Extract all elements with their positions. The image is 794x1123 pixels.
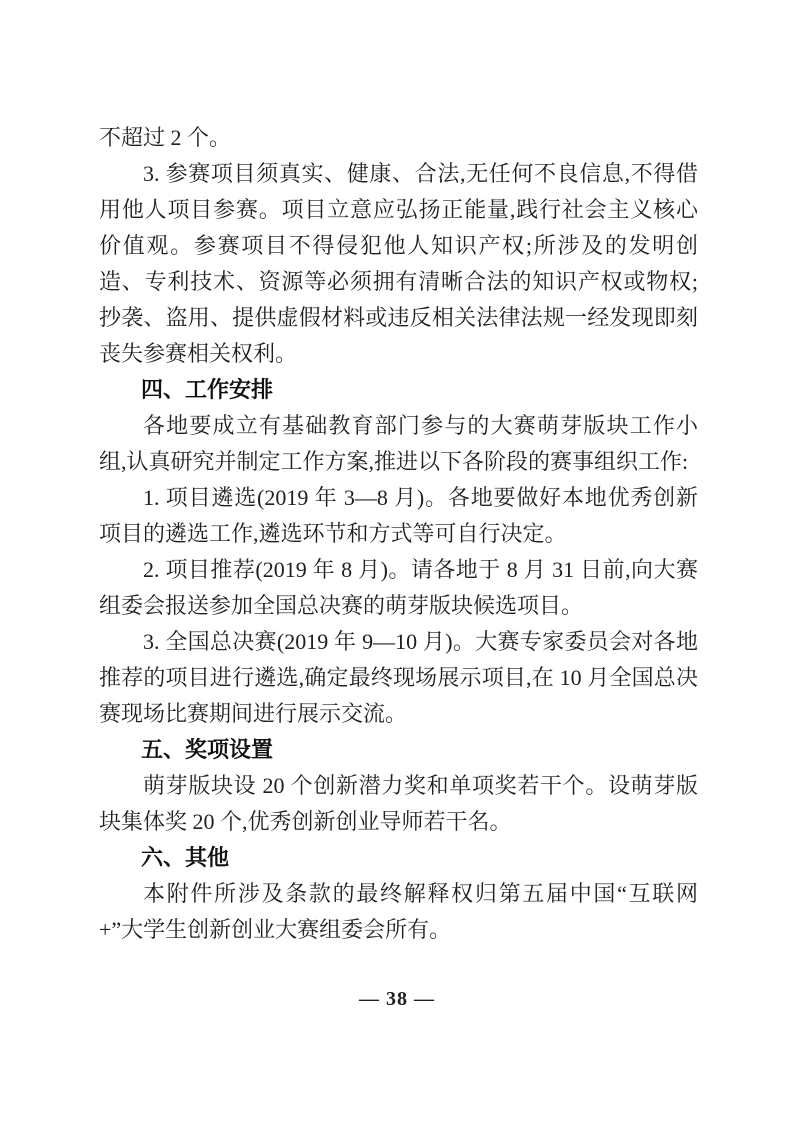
- paragraph: 本附件所涉及条款的最终解释权归第五届中国“互联网+”大学生创新创业大赛组委会所有…: [99, 876, 698, 948]
- paragraph: 不超过 2 个。: [99, 120, 698, 156]
- paragraph: 3. 参赛项目须真实、健康、合法,无任何不良信息,不得借用他人项目参赛。项目立意…: [99, 156, 698, 372]
- paragraph: 2. 项目推荐(2019 年 8 月)。请各地于 8 月 31 日前,向大赛组委…: [99, 552, 698, 624]
- document-page: 不超过 2 个。3. 参赛项目须真实、健康、合法,无任何不良信息,不得借用他人项…: [0, 0, 794, 1123]
- section-heading: 五、奖项设置: [99, 732, 698, 768]
- paragraph: 3. 全国总决赛(2019 年 9—10 月)。大赛专家委员会对各地推荐的项目进…: [99, 624, 698, 732]
- page-number: — 38 —: [0, 988, 794, 1011]
- paragraph: 各地要成立有基础教育部门参与的大赛萌芽版块工作小组,认真研究并制定工作方案,推进…: [99, 408, 698, 480]
- paragraph: 1. 项目遴选(2019 年 3—8 月)。各地要做好本地优秀创新项目的遴选工作…: [99, 480, 698, 552]
- paragraph: 萌芽版块设 20 个创新潜力奖和单项奖若干个。设萌芽版块集体奖 20 个,优秀创…: [99, 768, 698, 840]
- document-body: 不超过 2 个。3. 参赛项目须真实、健康、合法,无任何不良信息,不得借用他人项…: [99, 120, 698, 948]
- section-heading: 四、工作安排: [99, 372, 698, 408]
- section-heading: 六、其他: [99, 840, 698, 876]
